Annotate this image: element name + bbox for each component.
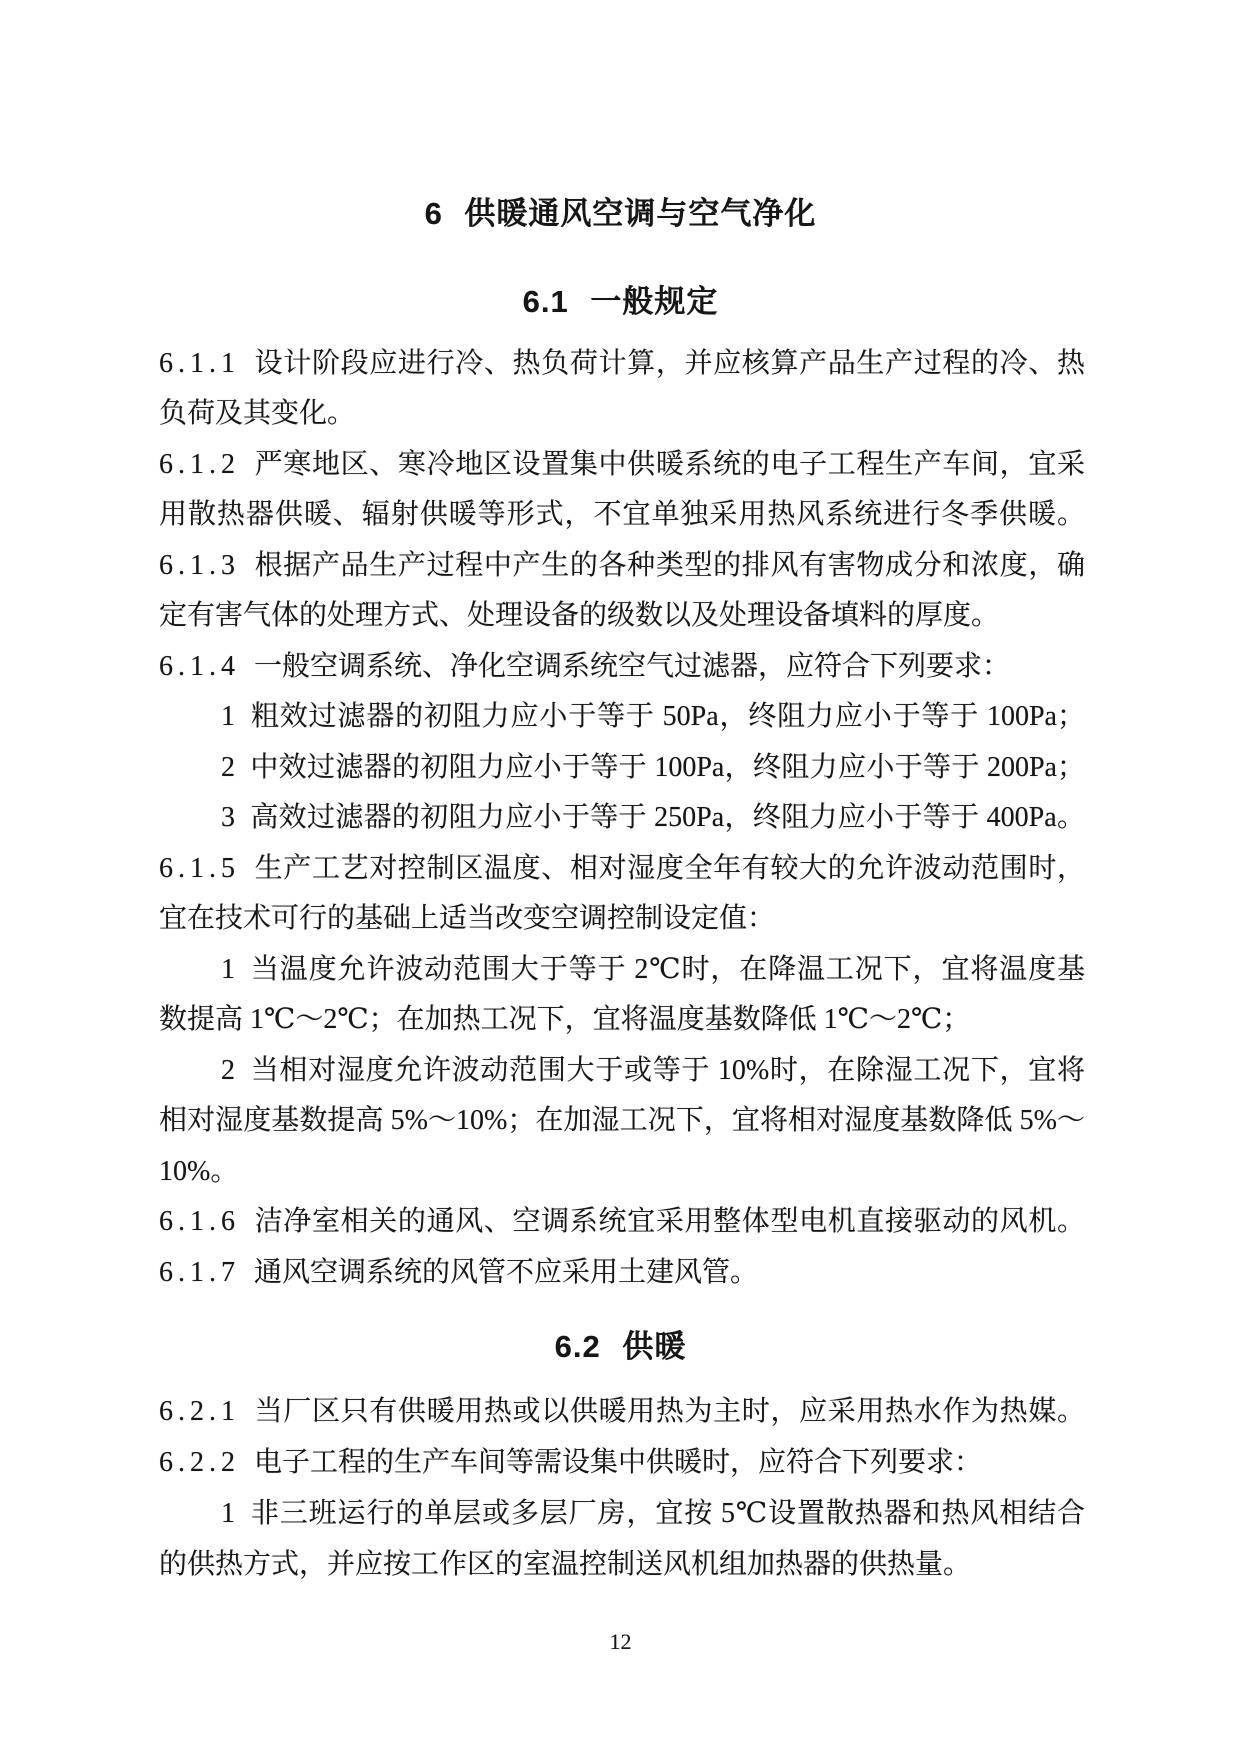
item-number: 1: [221, 954, 235, 985]
clause-6-1-5-item-2-line-1: 2当相对湿度允许波动范围大于或等于 10%时，在除湿工况下，宜将: [221, 1053, 1085, 1089]
clause-text: 严寒地区、寒冷地区设置集中供暖系统的电子工程生产车间，宜采: [254, 449, 1085, 480]
clause-number: 6.1.6: [159, 1206, 240, 1237]
section-heading-6-2: 6.2 供暖: [0, 1327, 1241, 1367]
clause-number: 6.1.4: [159, 651, 240, 682]
clause-text: 一般空调系统、净化空调系统空气过滤器，应符合下列要求：: [254, 651, 1010, 682]
item-number: 2: [221, 752, 235, 783]
clause-6-1-3-line-2: 定有害气体的处理方式、处理设备的级数以及处理设备填料的厚度。: [159, 598, 1085, 634]
clause-number: 6.1.1: [159, 348, 240, 379]
clause-6-1-5-item-1-line-2: 数提高 1℃～2℃；在加热工况下，宜将温度基数降低 1℃～2℃；: [159, 1002, 1085, 1038]
clause-6-2-2-line-1: 6.2.2电子工程的生产车间等需设集中供暖时，应符合下列要求：: [159, 1445, 1085, 1481]
document-page: 6 供暖通风空调与空气净化 6.1 一般规定 6.1.1设计阶段应进行冷、热负荷…: [0, 0, 1241, 1754]
clause-6-1-4-item-2: 2中效过滤器的初阻力应小于等于 100Pa，终阻力应小于等于 200Pa；: [221, 750, 1085, 786]
clause-6-1-5-line-1: 6.1.5生产工艺对控制区温度、相对湿度全年有较大的允许波动范围时，: [159, 851, 1085, 887]
clause-6-1-5-line-2: 宜在技术可行的基础上适当改变空调控制设定值：: [159, 901, 1085, 937]
clause-text: 设计阶段应进行冷、热负荷计算，并应核算产品生产过程的冷、热: [254, 348, 1085, 379]
page-number: 12: [0, 1628, 1241, 1656]
clause-text: 生产工艺对控制区温度、相对湿度全年有较大的允许波动范围时，: [254, 853, 1085, 884]
clause-6-1-3-line-1: 6.1.3根据产品生产过程中产生的各种类型的排风有害物成分和浓度，确: [159, 548, 1085, 584]
clause-6-1-2-line-2: 用散热器供暖、辐射供暖等形式，不宜单独采用热风系统进行冬季供暖。: [159, 497, 1085, 533]
clause-text: 洁净室相关的通风、空调系统宜采用整体型电机直接驱动的风机。: [254, 1206, 1085, 1237]
item-text: 当相对湿度允许波动范围大于或等于 10%时，在除湿工况下，宜将: [250, 1055, 1085, 1086]
clause-text: 当厂区只有供暖用热或以供暖用热为主时，应采用热水作为热媒。: [254, 1396, 1085, 1427]
item-text: 高效过滤器的初阻力应小于等于 250Pa，终阻力应小于等于 400Pa。: [250, 802, 1085, 833]
clause-6-1-1-line-2: 负荷及其变化。: [159, 396, 1085, 432]
clause-6-1-5-item-1-line-1: 1当温度允许波动范围大于等于 2℃时，在降温工况下，宜将温度基: [221, 952, 1085, 988]
clause-6-1-5-item-2-line-3: 10%。: [159, 1154, 1085, 1190]
clause-6-1-4-item-3: 3高效过滤器的初阻力应小于等于 250Pa，终阻力应小于等于 400Pa。: [221, 800, 1085, 836]
clause-number: 6.1.5: [159, 853, 240, 884]
item-number: 2: [221, 1055, 235, 1086]
clause-6-1-7-line-1: 6.1.7通风空调系统的风管不应采用土建风管。: [159, 1255, 1085, 1291]
item-number: 3: [221, 802, 235, 833]
clause-6-2-2-item-1-line-1: 1非三班运行的单层或多层厂房，宜按 5℃设置散热器和热风相结合: [221, 1496, 1085, 1532]
clause-number: 6.1.7: [159, 1257, 240, 1288]
clause-number: 6.1.2: [159, 449, 240, 480]
clause-6-1-1-line-1: 6.1.1设计阶段应进行冷、热负荷计算，并应核算产品生产过程的冷、热: [159, 346, 1085, 382]
item-number: 1: [221, 701, 235, 732]
section-heading-6-1: 6.1 一般规定: [0, 282, 1241, 322]
clause-number: 6.1.3: [159, 550, 240, 581]
clause-number: 6.2.2: [159, 1447, 240, 1478]
clause-6-1-4-item-1: 1粗效过滤器的初阻力应小于等于 50Pa，终阻力应小于等于 100Pa；: [221, 699, 1085, 735]
clause-text: 电子工程的生产车间等需设集中供暖时，应符合下列要求：: [254, 1447, 982, 1478]
item-number: 1: [221, 1498, 235, 1529]
clause-number: 6.2.1: [159, 1396, 240, 1427]
item-text: 粗效过滤器的初阻力应小于等于 50Pa，终阻力应小于等于 100Pa；: [250, 701, 1085, 732]
clause-6-1-6-line-1: 6.1.6洁净室相关的通风、空调系统宜采用整体型电机直接驱动的风机。: [159, 1204, 1085, 1240]
item-text: 中效过滤器的初阻力应小于等于 100Pa，终阻力应小于等于 200Pa；: [250, 752, 1085, 783]
clause-6-1-2-line-1: 6.1.2严寒地区、寒冷地区设置集中供暖系统的电子工程生产车间，宜采: [159, 447, 1085, 483]
clause-text: 根据产品生产过程中产生的各种类型的排风有害物成分和浓度，确: [254, 550, 1085, 581]
clause-6-1-5-item-2-line-2: 相对湿度基数提高 5%～10%；在加湿工况下，宜将相对湿度基数降低 5%～: [159, 1103, 1085, 1139]
clause-6-2-1-line-1: 6.2.1当厂区只有供暖用热或以供暖用热为主时，应采用热水作为热媒。: [159, 1394, 1085, 1430]
clause-6-1-4-line-1: 6.1.4一般空调系统、净化空调系统空气过滤器，应符合下列要求：: [159, 649, 1085, 685]
clause-6-2-2-item-1-line-2: 的供热方式，并应按工作区的室温控制送风机组加热器的供热量。: [159, 1547, 1085, 1583]
item-text: 当温度允许波动范围大于等于 2℃时，在降温工况下，宜将温度基: [250, 954, 1085, 985]
chapter-title: 6 供暖通风空调与空气净化: [0, 194, 1241, 234]
item-text: 非三班运行的单层或多层厂房，宜按 5℃设置散热器和热风相结合: [250, 1498, 1085, 1529]
clause-text: 通风空调系统的风管不应采用土建风管。: [254, 1257, 758, 1288]
